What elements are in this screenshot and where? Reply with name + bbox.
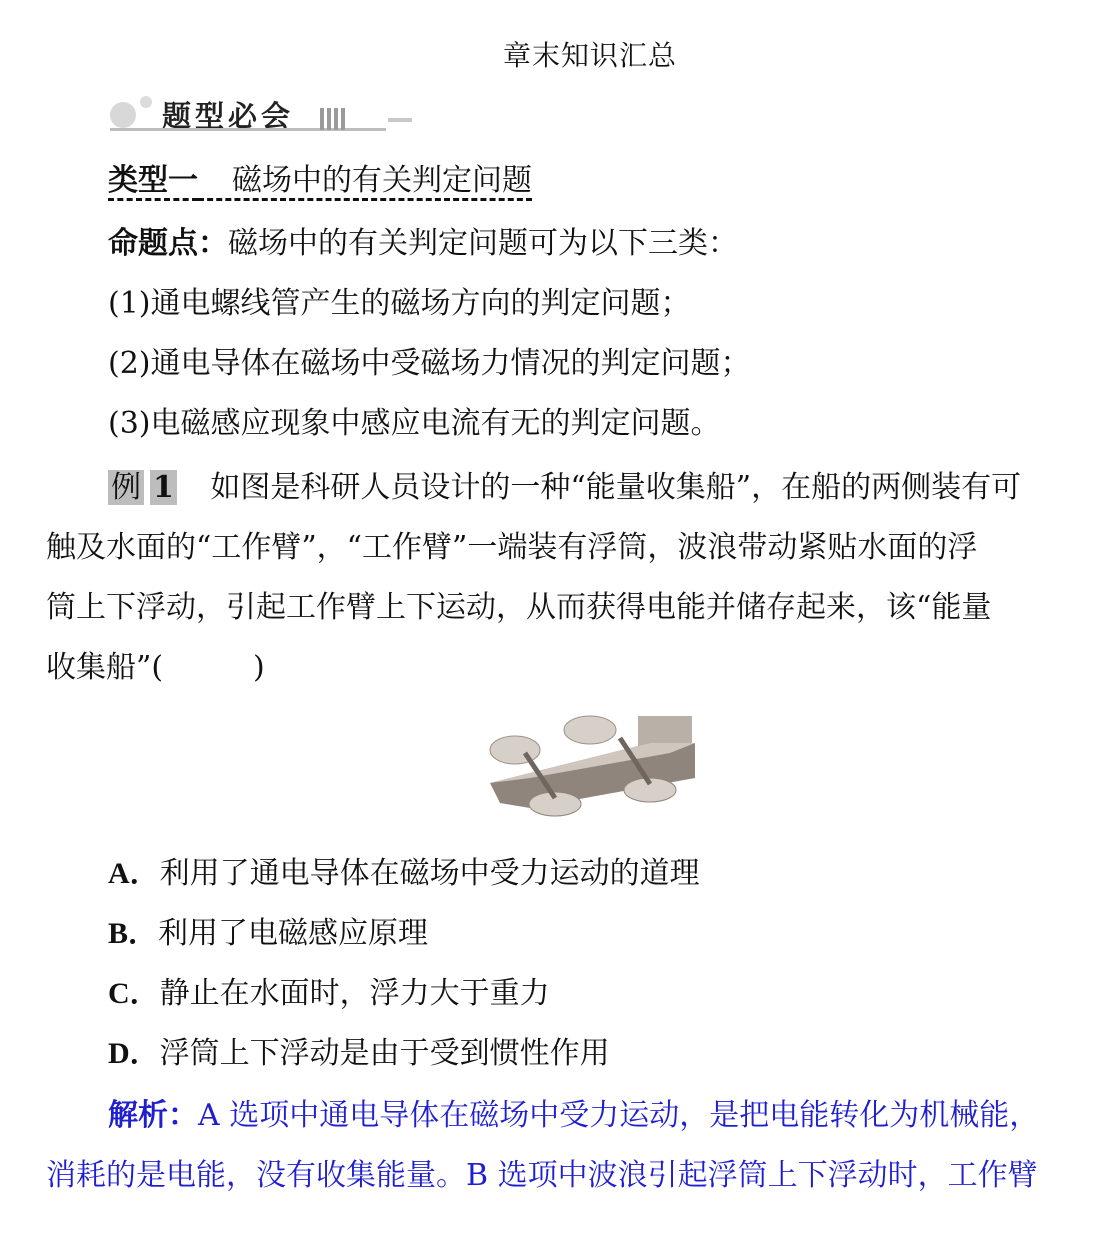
option-b: B．利用了电磁感应原理: [108, 908, 428, 952]
option-d: D．浮筒上下浮动是由于受到惯性作用: [108, 1028, 610, 1072]
proposition-label: 命题点：: [108, 226, 228, 261]
type-label: 类型一: [108, 163, 198, 201]
decor-circle-icon: [110, 102, 136, 128]
example-first-line: 例1 如图是科研人员设计的一种“能量收集船”，在船的两侧装有可: [108, 462, 1021, 506]
banner-dash: [388, 118, 412, 122]
example-text: 筒上下浮动，引起工作臂上下运动，从而获得电能并储存起来，该“能量: [46, 582, 991, 626]
type-title: 磁场中的有关判定问题: [198, 163, 532, 201]
analysis-text: 消耗的是电能，没有收集能量。B 选项中波浪引起浮筒上下浮动时，工作臂: [46, 1150, 1038, 1194]
example-text: 如图是科研人员设计的一种“能量收集船”，在船的两侧装有可: [210, 470, 1021, 505]
proposition-item: (2)通电导体在磁场中受磁场力情况的判定问题；: [108, 338, 751, 382]
example-tag: 例: [108, 470, 144, 505]
example-text: 触及水面的“工作臂”，“工作臂”一端装有浮筒，波浪带动紧贴水面的浮: [46, 522, 977, 566]
proposition-text: 磁场中的有关判定问题可为以下三类：: [228, 226, 738, 261]
example-number: 1: [150, 470, 177, 505]
analysis-text: A 选项中通电导体在磁场中受力运动，是把电能转化为机械能，: [198, 1098, 1039, 1133]
analysis-label: 解析：: [108, 1098, 198, 1133]
decor-dot-icon: [140, 96, 152, 108]
option-c: C．静止在水面时，浮力大于重力: [108, 968, 550, 1012]
analysis-first-line: 解析：A 选项中通电导体在磁场中受力运动，是把电能转化为机械能，: [108, 1090, 1039, 1134]
proposition-item: (3)电磁感应现象中感应电流有无的判定问题。: [108, 398, 721, 442]
section-banner: 题型必会: [104, 88, 424, 136]
option-a: A．利用了通电导体在磁场中受力运动的道理: [108, 848, 700, 892]
books-icon: [320, 108, 348, 134]
type-heading: 类型一磁场中的有关判定问题: [108, 155, 532, 199]
proposition-line: 命题点：磁场中的有关判定问题可为以下三类：: [108, 218, 738, 262]
boat-figure: [470, 708, 700, 823]
proposition-item: (1)通电螺线管产生的磁场方向的判定问题；: [108, 278, 691, 322]
example-text: 收集船”( ): [46, 642, 265, 686]
energy-boat-illustration-icon: [470, 708, 700, 823]
page-title: 章末知识汇总: [0, 34, 1102, 74]
